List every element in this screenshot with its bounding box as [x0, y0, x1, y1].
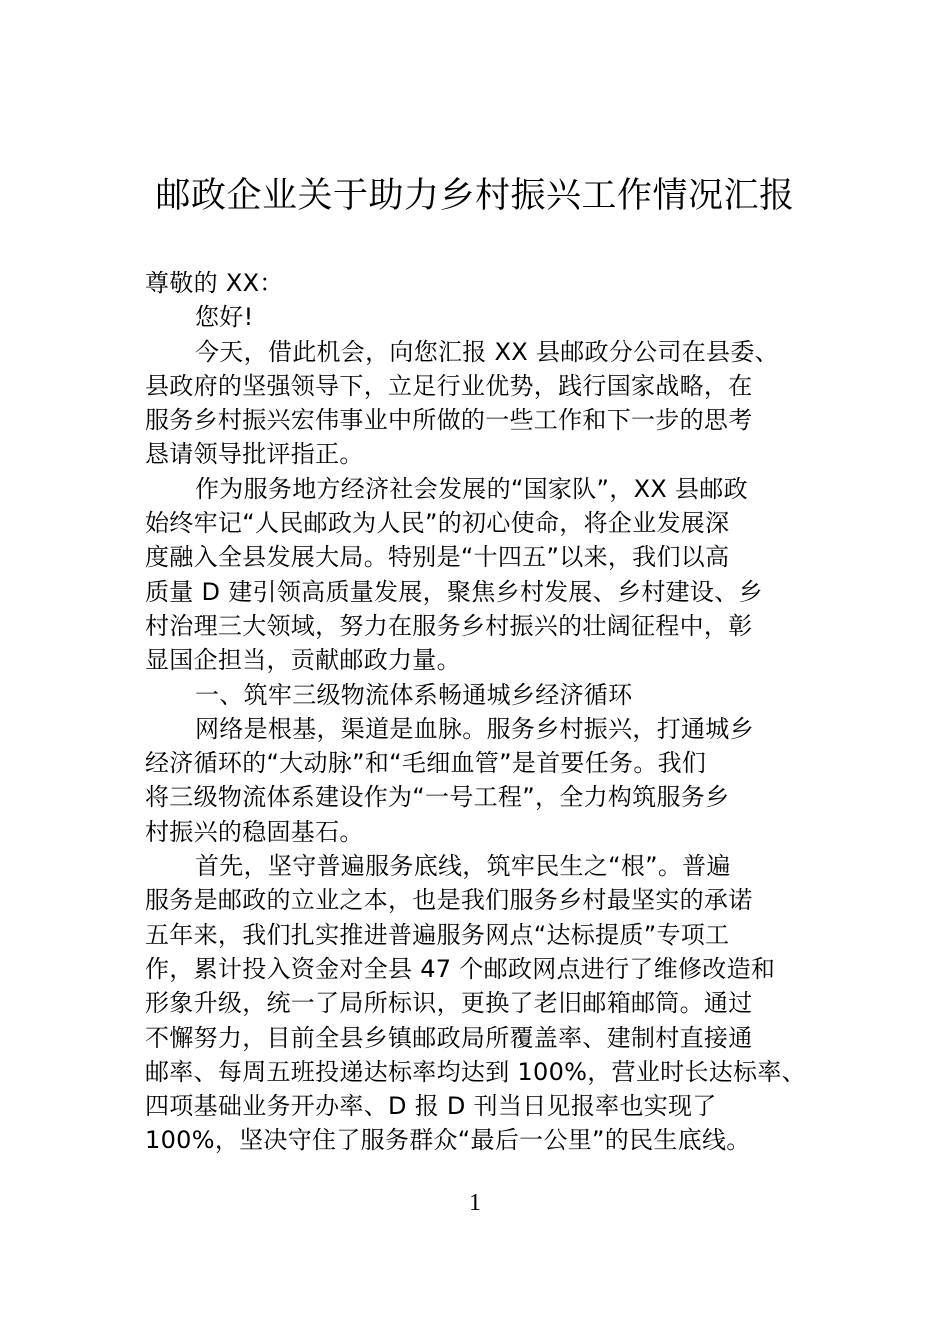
paragraph-line: 经济循环的“大动脉”和“毛细血管”是首要任务。我们: [145, 746, 815, 780]
page-number: 1: [0, 1188, 950, 1218]
paragraph-line: 作为服务地方经济社会发展的“国家队”，XX 县邮政: [145, 472, 815, 506]
paragraph-line: 恳请领导批评指正。: [145, 437, 815, 471]
section-heading-text: 一、筑牢三级物流体系畅通城乡经济循环: [145, 678, 815, 712]
paragraph-overview: 作为服务地方经济社会发展的“国家队”，XX 县邮政 始终牢记“人民邮政为人民”的…: [145, 472, 815, 678]
salutation: 尊敬的 XX：: [145, 266, 815, 300]
paragraph-line: 将三级物流体系建设作为“一号工程”，全力构筑服务乡: [145, 780, 815, 814]
paragraph-line: 首先，坚守普遍服务底线，筑牢民生之“根”。普遍: [145, 849, 815, 883]
paragraph-line: 县政府的坚强领导下，立足行业优势，践行国家战略，在: [145, 369, 815, 403]
paragraph-line: 100%，坚决守住了服务群众“最后一公里”的民生底线。: [145, 1123, 815, 1157]
greeting: 您好!: [145, 300, 815, 334]
paragraph-line: 始终牢记“人民邮政为人民”的初心使命，将企业发展深: [145, 506, 815, 540]
paragraph-line: 显国企担当，贡献邮政力量。: [145, 643, 815, 677]
paragraph-line: 服务是邮政的立业之本，也是我们服务乡村最坚实的承诺: [145, 883, 815, 917]
paragraph-line: 五年来，我们扎实推进普遍服务网点“达标提质”专项工: [145, 918, 815, 952]
paragraph-line: 村治理三大领域，努力在服务乡村振兴的壮阔征程中，彰: [145, 609, 815, 643]
paragraph-section-intro: 网络是根基，渠道是血脉。服务乡村振兴，打通城乡 经济循环的“大动脉”和“毛细血管…: [145, 712, 815, 849]
paragraph-line: 度融入全县发展大局。特别是“十四五”以来，我们以高: [145, 540, 815, 574]
paragraph-line: 形象升级，统一了局所标识，更换了老旧邮箱邮筒。通过: [145, 986, 815, 1020]
paragraph-line: 网络是根基，渠道是血脉。服务乡村振兴，打通城乡: [145, 712, 815, 746]
document-body: 尊敬的 XX： 您好! 今天，借此机会，向您汇报 XX 县邮政分公司在县委、 县…: [145, 266, 815, 1158]
paragraph-line: 邮率、每周五班投递达标率均达到 100%，营业时长达标率、: [145, 1055, 815, 1089]
paragraph-line: 今天，借此机会，向您汇报 XX 县邮政分公司在县委、: [145, 335, 815, 369]
paragraph-line: 村振兴的稳固基石。: [145, 815, 815, 849]
paragraph-line: 不懈努力，目前全县乡镇邮政局所覆盖率、建制村直接通: [145, 1021, 815, 1055]
document-page: 邮政企业关于助力乡村振兴工作情况汇报 尊敬的 XX： 您好! 今天，借此机会，向…: [0, 0, 950, 1344]
paragraph-line: 服务乡村振兴宏伟事业中所做的一些工作和下一步的思考: [145, 403, 815, 437]
paragraph-universal-service: 首先，坚守普遍服务底线，筑牢民生之“根”。普遍 服务是邮政的立业之本，也是我们服…: [145, 849, 815, 1158]
paragraph-line: 作，累计投入资金对全县 47 个邮政网点进行了维修改造和: [145, 952, 815, 986]
paragraph-intro: 今天，借此机会，向您汇报 XX 县邮政分公司在县委、 县政府的坚强领导下，立足行…: [145, 335, 815, 472]
section-heading: 一、筑牢三级物流体系畅通城乡经济循环: [145, 678, 815, 712]
paragraph-line: 四项基础业务开办率、D 报 D 刊当日见报率也实现了: [145, 1089, 815, 1123]
paragraph-line: 质量 D 建引领高质量发展，聚焦乡村发展、乡村建设、乡: [145, 575, 815, 609]
document-title: 邮政企业关于助力乡村振兴工作情况汇报: [0, 172, 950, 220]
